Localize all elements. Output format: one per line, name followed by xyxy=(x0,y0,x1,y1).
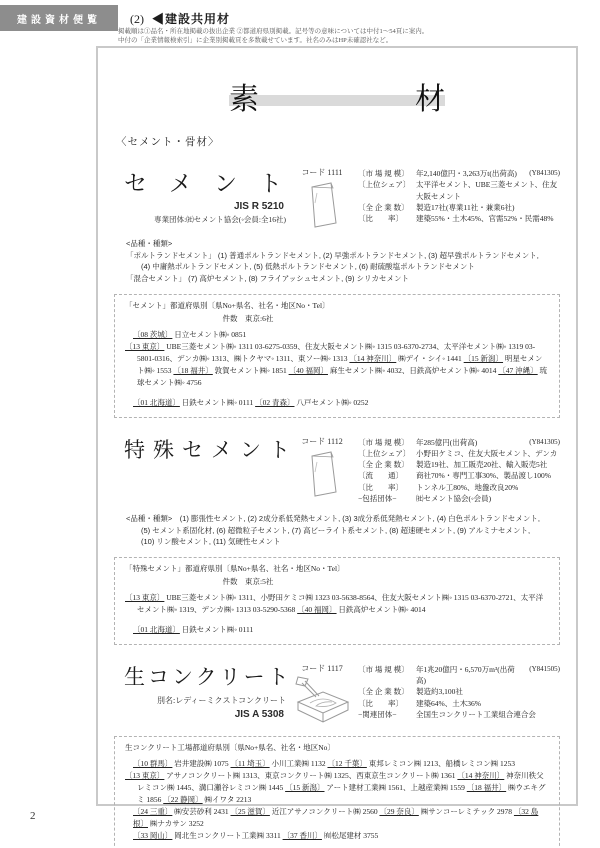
info-label: 〔全 企 業 数〕 xyxy=(358,459,414,470)
company-entries: 小川工業㈱ 1132 xyxy=(270,759,328,768)
info-row: 〔比 率〕建築64%、土木36% xyxy=(358,698,560,709)
edition-tab: 建設資材便覧 xyxy=(0,5,118,31)
prefecture-listing: 「セメント」都道府県別〔県No+県名、社名・地区No・Tel〕 件数 東京:6社… xyxy=(114,294,560,418)
company-entries: ㈱サンコーレミテック 2978 xyxy=(419,807,514,816)
info-row: 〔上位シェア〕太平洋セメント、UBE三菱セメント、住友大阪セメント xyxy=(358,179,560,202)
section-ready-mixed-concrete: 生コンクリート 別名:レディーミクストコンクリート JIS A 5308 コード… xyxy=(114,661,560,848)
prefecture-tag: 〔11 埼玉〕 xyxy=(231,759,270,768)
prefecture-listing: 生コンクリート工場都道府県別〔県No+県名、社名・地区No〕 〔10 群馬〕 岩… xyxy=(114,736,560,848)
info-value: 製造17社(専業11社・兼業6社) xyxy=(414,202,560,213)
company-entries: 近江アサノコンクリート㈱ 2560 xyxy=(270,807,380,816)
content-frame: 素 材 〈セメント・骨材〉 セメント JIS R 5210 専業団体:㈳セメント… xyxy=(96,46,578,806)
info-row: 〔比 率〕建築55%・土木45%、官需52%・民需48% xyxy=(358,213,560,224)
prefecture-tag: 〔24 三重〕 xyxy=(133,807,172,816)
variety-line: <品種・種類> xyxy=(126,238,560,250)
section-cement: セメント JIS R 5210 専業団体:㈳セメント協会(◦会員:全16社) コ… xyxy=(114,165,560,418)
info-value: ㈳セメント協会(◦会員) xyxy=(414,493,560,504)
info-row: 〔全 企 業 数〕製造17社(専業11社・兼業6社) xyxy=(358,202,560,213)
header-number: (2) xyxy=(130,12,144,26)
company-entries: 麻生セメント㈱◦ 4032、日鉄高炉セメント㈱◦ 4014 xyxy=(328,366,498,375)
product-code: コード 1111 xyxy=(286,167,358,178)
info-value: 商社70%・専門工事30%、製品渡し100% xyxy=(414,470,560,481)
info-label: 〔市 場 規 模〕 xyxy=(358,168,414,179)
prefecture-tag: 〔40 福岡〕 xyxy=(289,366,328,375)
info-row: 〔全 企 業 数〕製造約3,100社 xyxy=(358,686,560,697)
company-entries: 日鉄セメント㈱◦ 0111 xyxy=(180,625,253,634)
prefecture-tag: 〔15 新潟〕 xyxy=(285,783,324,792)
info-value: 小野田ケミコ、住友大阪セメント、デンカ xyxy=(414,448,560,459)
category-heading: 〈セメント・骨材〉 xyxy=(116,134,560,149)
company-entries: 日鉄セメント㈱◦ 0111 xyxy=(180,398,255,407)
cement-bag-icon xyxy=(303,179,341,229)
prefecture-tag: 〔08 茨城〕 xyxy=(133,330,172,339)
reference-code: (Y841505) xyxy=(529,664,560,675)
listing-paragraph: 〔10 群馬〕 岩井建設㈱ 1075 〔11 埼玉〕 小川工業㈱ 1132 〔1… xyxy=(125,758,549,770)
listing-paragraph: 〔33 岡山〕 岡北生コンクリート工業㈱ 3311 〔37 香川〕 ㈲松尾建材 … xyxy=(125,830,549,842)
product-alias: 別名:レディーミクストコンクリート xyxy=(114,695,286,706)
company-entries: ㈱ナカサン 3252 xyxy=(148,819,204,828)
info-value: 建築64%、土木36% xyxy=(414,698,560,709)
company-entries: 日鉄高炉セメント㈱◦ 4014 xyxy=(337,605,426,614)
info-value: トンネル工80%、地盤改良20% xyxy=(414,482,560,493)
company-entries: 日立セメント㈱◦ 0851 xyxy=(172,330,246,339)
product-title: セメント xyxy=(114,165,286,198)
note-line: 中付の「企業情報検索引」に企業別掲載頁を多数載せています。社名のみはHP未確認社… xyxy=(118,36,428,45)
variety-line: 「ポルトランドセメント」 (1) 普通ポルトランドセメント, (2) 早強ポルト… xyxy=(126,250,560,262)
info-row: 〔全 企 業 数〕製造19社、加工販売20社、輸入販売5社 xyxy=(358,459,560,470)
prefecture-tag: 〔15 新潟〕 xyxy=(464,354,503,363)
listing-count: 件数 東京:6社 xyxy=(125,313,371,325)
prefecture-tag: 〔29 奈良〕 xyxy=(379,807,418,816)
listing-title: 「特殊セメント」都道府県別〔県No+県名、社名・地区No・Tel〕 xyxy=(125,563,549,575)
reference-code: (Y841305) xyxy=(529,437,560,448)
listing-title: 「セメント」都道府県別〔県No+県名、社名・地区No・Tel〕 xyxy=(125,300,549,312)
prefecture-tag: 〔02 青森〕 xyxy=(255,398,294,407)
prefecture-tag: 〔01 北海道〕 xyxy=(133,625,180,634)
concrete-box-icon xyxy=(292,675,352,727)
prefecture-tag: 〔13 東京〕 xyxy=(125,771,164,780)
company-entries: ㈲松尾建材 3755 xyxy=(322,831,378,840)
company-entries: ㈱安芸砂利 2431 xyxy=(172,807,230,816)
prefecture-tag: 〔18 福井〕 xyxy=(467,783,506,792)
info-label: 〔比 率〕 xyxy=(358,698,414,709)
variety-line: 「混合セメント」 (7) 高炉セメント, (8) フライアッシュセメント, (9… xyxy=(126,273,560,285)
company-entries: 八戸セメント㈱◦ 0252 xyxy=(294,398,368,407)
page-header: (2)◀建設共用材 xyxy=(130,10,230,27)
prefecture-tag: 〔12 千葉〕 xyxy=(327,759,366,768)
section-special-cement: 特殊セメント コード 1112 (Y841305) 〔市 場 規 模〕年285億… xyxy=(114,434,560,645)
header-category: ◀建設共用材 xyxy=(152,12,230,26)
info-row: −関連団体−全国生コンクリート工業組合連合会 xyxy=(358,709,560,720)
cement-bag-icon xyxy=(303,448,341,498)
info-label: 〔全 企 業 数〕 xyxy=(358,202,414,213)
prefecture-tag: 〔33 岡山〕 xyxy=(133,831,172,840)
product-code: コード 1112 xyxy=(286,436,358,447)
prefecture-tag: 〔01 北海道〕 xyxy=(133,398,180,407)
info-label: 〔市 場 規 模〕 xyxy=(358,664,414,687)
prefecture-tag: 〔22 静岡〕 xyxy=(163,795,202,804)
company-entries: アート建材工業㈱ 1561、上越産業㈱ 1559 xyxy=(325,783,467,792)
info-label: −包括団体− xyxy=(358,493,414,504)
product-title: 特殊セメント xyxy=(114,434,286,464)
info-row: 〔比 率〕トンネル工80%、地盤改良20% xyxy=(358,482,560,493)
listing-paragraph: 〔01 北海道〕 日鉄セメント㈱◦ 0111 xyxy=(125,624,549,636)
prefecture-tag: 〔47 沖縄〕 xyxy=(498,366,537,375)
prefecture-tag: 〔13 東京〕 xyxy=(125,593,164,602)
product-title: 生コンクリート xyxy=(114,661,286,691)
company-entries: 東邦レミコン㈱ 1213、船橋レミコン㈱ 1253 xyxy=(367,759,515,768)
title-char-right: 材 xyxy=(415,74,445,118)
prefecture-tag: 〔37 香川〕 xyxy=(283,831,322,840)
variety-list: <品種・種類> (1) 膨張性セメント, (2) 2成分系低発熱セメント, (3… xyxy=(126,513,560,548)
variety-line: (10) リン酸セメント, (11) 気硬性セメント xyxy=(126,536,560,548)
info-row: 〔上位シェア〕小野田ケミコ、住友大阪セメント、デンカ xyxy=(358,448,560,459)
listing-paragraph: 〔13 東京〕 アサノコンクリート㈱ 1313、東京コンクリート㈱ 1325、西… xyxy=(125,770,549,806)
prefecture-tag: 〔18 福井〕 xyxy=(173,366,212,375)
info-value: 製造約3,100社 xyxy=(414,686,560,697)
listing-count: 件数 東京:5社 xyxy=(125,576,371,588)
prefecture-tag: 〔13 東京〕 xyxy=(125,342,164,351)
company-entries: ㈱デイ・シイ◦ 1441 xyxy=(396,354,463,363)
reference-code: (Y841305) xyxy=(529,168,560,179)
page-title: 素 材 xyxy=(114,74,560,118)
variety-line: (5) セメント系固化材, (6) 超微粒子セメント, (7) 高ビーライト系セ… xyxy=(126,525,560,537)
company-entries: ㈱イワタ 2213 xyxy=(203,795,252,804)
prefecture-tag: 〔25 滋賀〕 xyxy=(231,807,270,816)
product-code: コード 1117 xyxy=(286,663,358,674)
prefecture-tag: 〔14 神奈川〕 xyxy=(349,354,396,363)
title-char-left: 素 xyxy=(229,74,259,118)
listing-paragraph: 〔01 北海道〕 日鉄セメント㈱◦ 0111 〔02 青森〕 八戸セメント㈱◦ … xyxy=(125,397,549,409)
prefecture-listing: 「特殊セメント」都道府県別〔県No+県名、社名・地区No・Tel〕 件数 東京:… xyxy=(114,557,560,645)
info-label: 〔上位シェア〕 xyxy=(358,179,414,202)
variety-line: <品種・種類> (1) 膨張性セメント, (2) 2成分系低発熱セメント, (3… xyxy=(126,513,560,525)
listing-paragraph: 〔08 茨城〕 日立セメント㈱◦ 0851 xyxy=(125,329,549,341)
listing-paragraph: 〔13 東京〕 UBE三菱セメント㈱◦ 1311、小野田ケミコ㈱ 1323 03… xyxy=(125,592,549,616)
info-label: 〔上位シェア〕 xyxy=(358,448,414,459)
info-value: 建築55%・土木45%、官需52%・民需48% xyxy=(414,213,560,224)
jis-standard: JIS A 5308 xyxy=(114,709,286,720)
jis-standard: JIS R 5210 xyxy=(114,201,286,212)
listing-title: 生コンクリート工場都道府県別〔県No+県名、社名・地区No〕 xyxy=(125,742,549,754)
trade-association: 専業団体:㈳セメント協会(◦会員:全16社) xyxy=(114,214,286,225)
info-value: 製造19社、加工販売20社、輸入販売5社 xyxy=(414,459,560,470)
listing-paragraph: 〔13 東京〕 UBE三菱セメント㈱◦ 1311 03-6275-0359、住友… xyxy=(125,341,549,389)
info-label: 〔市 場 規 模〕 xyxy=(358,437,414,448)
info-row: 〔流 通〕商社70%・専門工事30%、製品渡し100% xyxy=(358,470,560,481)
handbook-page: 建設資材便覧 (2)◀建設共用材 掲載順は①品名・所在地掲載の抜出企業 ②都道府… xyxy=(0,0,600,848)
company-entries: アサノコンクリート㈱ 1313、東京コンクリート㈱ 1325、西東京生コンクリー… xyxy=(164,771,457,780)
info-label: 〔流 通〕 xyxy=(358,470,414,481)
info-label: 〔全 企 業 数〕 xyxy=(358,686,414,697)
note-line: 掲載順は①品名・所在地掲載の抜出企業 ②都道府県別掲載。記号等の意味については中… xyxy=(118,27,428,36)
listing-body: 〔08 茨城〕 日立セメント㈱◦ 0851〔13 東京〕 UBE三菱セメント㈱◦… xyxy=(125,329,549,409)
page-number: 2 xyxy=(30,810,36,822)
variety-list: <品種・種類>「ポルトランドセメント」 (1) 普通ポルトランドセメント, (2… xyxy=(126,238,560,285)
info-value: 全国生コンクリート工業組合連合会 xyxy=(414,709,560,720)
variety-line: (4) 中庸熱ポルトランドセメント, (5) 低熱ポルトランドセメント, (6)… xyxy=(126,261,560,273)
info-value: 太平洋セメント、UBE三菱セメント、住友大阪セメント xyxy=(414,179,560,202)
company-entries: 岡北生コンクリート工業㈱ 3311 xyxy=(172,831,282,840)
info-row: −包括団体−㈳セメント協会(◦会員) xyxy=(358,493,560,504)
info-label: 〔比 率〕 xyxy=(358,213,414,224)
listing-body: 〔13 東京〕 UBE三菱セメント㈱◦ 1311、小野田ケミコ㈱ 1323 03… xyxy=(125,592,549,636)
listing-body: 〔10 群馬〕 岩井建設㈱ 1075 〔11 埼玉〕 小川工業㈱ 1132 〔1… xyxy=(125,758,549,842)
header-notes: 掲載順は①品名・所在地掲載の抜出企業 ②都道府県別掲載。記号等の意味については中… xyxy=(118,27,428,46)
listing-paragraph: 〔24 三重〕 ㈱安芸砂利 2431 〔25 滋賀〕 近江アサノコンクリート㈱ … xyxy=(125,806,549,830)
company-entries: 敦賀セメント㈱◦ 1851 xyxy=(213,366,289,375)
prefecture-tag: 〔14 神奈川〕 xyxy=(457,771,504,780)
info-label: −関連団体− xyxy=(358,709,414,720)
prefecture-tag: 〔40 福岡〕 xyxy=(297,605,336,614)
prefecture-tag: 〔10 群馬〕 xyxy=(133,759,172,768)
info-label: 〔比 率〕 xyxy=(358,482,414,493)
company-entries: 岩井建設㈱ 1075 xyxy=(172,759,230,768)
